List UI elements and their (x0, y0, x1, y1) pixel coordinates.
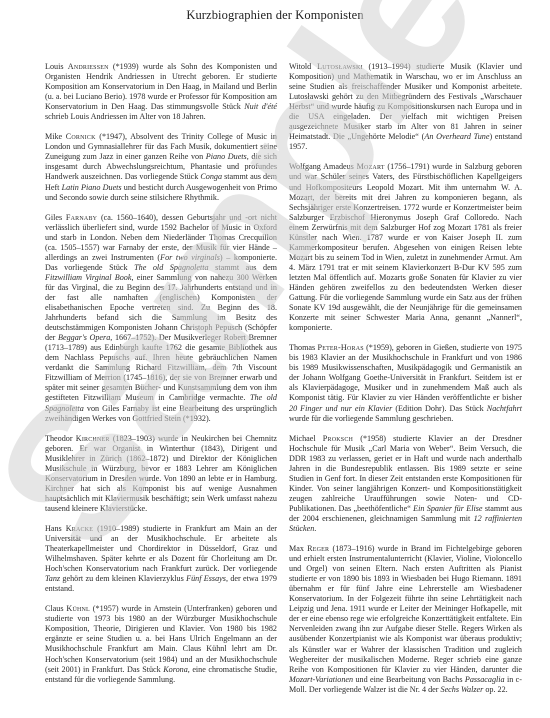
composer-surname: Reger (307, 544, 329, 553)
composer-first-name: Mike (45, 132, 66, 141)
composer-first-name: Hans (45, 524, 66, 533)
bio-text: , einer Sammlung von nahezu 300 Werken f… (45, 273, 277, 342)
bio-text: stammt aus dem (209, 263, 277, 272)
bio-mozart: Wolfgang Amadeus Mozart (1756–1791) wurd… (289, 162, 522, 333)
bio-peter-horas: Thomas Peter-Horas (*1959), geboren in G… (289, 343, 522, 423)
bio-kuehnl: Claus Kühnl (*1957) wurde in Arnstein (U… (45, 604, 277, 684)
work-title: 20 Finger und nur ein Klavier (289, 404, 392, 413)
bio-text: , 1667–1752). Der Musikverleger Robert B… (45, 333, 277, 402)
bio-text: gehört zu dem kleinen Klavierzyklus (60, 574, 186, 583)
work-title: Korona (163, 665, 188, 674)
work-title: Fitzwilliam Virginal Book (45, 273, 131, 282)
work-title: For two virginals (160, 253, 220, 262)
composer-first-name: Claus (45, 604, 66, 613)
bio-text: (*1957) wurde in Arnstein (Unterfranken)… (45, 604, 277, 673)
right-column: Witold Lutosławski (1913–1994) studierte… (289, 62, 522, 705)
work-title: The old Spagnoletta (134, 263, 208, 272)
composer-surname: Mozart (357, 162, 385, 171)
work-title: Fünf Essays (186, 574, 226, 583)
work-title: Ein Spanier für Elise (413, 504, 482, 513)
composer-surname: Proksch (323, 434, 353, 443)
composer-first-name: Thomas (289, 343, 317, 352)
work-title: An Overheard Tune (424, 132, 489, 141)
bio-text: . (314, 524, 316, 533)
composer-first-name: Giles (45, 213, 66, 222)
bio-text: wurde für die vorliegende Sammlung gesch… (289, 414, 453, 423)
bio-cornick: Mike Cornick (*1947), Absolvent des Trin… (45, 132, 277, 202)
work-title: Nuit d'été (244, 102, 277, 111)
work-title: Passacaglia (465, 675, 505, 684)
composer-surname: Cornick (66, 132, 96, 141)
bio-text: (*1958) studierte Klavier an der Dresdne… (289, 434, 522, 513)
bio-text: (1873–1916) wurde in Brand im Fichtelgeb… (289, 544, 522, 674)
bio-text: (1823–1903) wurde in Neukirchen bei Chem… (45, 434, 277, 513)
composer-first-name: Witold (289, 62, 317, 71)
composer-first-name: Louis (45, 62, 68, 71)
work-title: Beggar's Opera (58, 333, 110, 342)
bio-farnaby: Giles Farnaby (ca. 1560–1640), dessen Ge… (45, 213, 277, 424)
bio-kirchner: Theodor Kirchner (1823–1903) wurde in Ne… (45, 434, 277, 514)
composer-surname: Kracke (66, 524, 93, 533)
bio-text: (Edition Dohr). Das Stück (392, 404, 486, 413)
bio-text: (1913–1994) studierte Musik (Klavier und… (289, 62, 522, 141)
document-page: Kurzbiographien der Komponisten Louis An… (0, 0, 550, 718)
bio-text: (1756–1791) wurde in Salzburg geboren un… (289, 162, 522, 332)
composer-surname: Kirchner (76, 434, 110, 443)
work-title: Conga (200, 172, 222, 181)
composer-first-name: Michael (289, 434, 323, 443)
work-title: Latin Piano Duets (62, 183, 122, 192)
work-title: Mozart-Variationen (289, 675, 353, 684)
bio-text: op. 22. (483, 685, 507, 694)
composer-surname: Andriessen (68, 62, 109, 71)
bio-text: schrieb Louis Andriessen im Alter von 18… (45, 112, 206, 121)
bio-reger: Max Reger (1873–1916) wurde in Brand im … (289, 544, 522, 695)
bio-proksch: Michael Proksch (*1958) studierte Klavie… (289, 434, 522, 534)
work-title: Nachtfahrt (487, 404, 522, 413)
composer-surname: Farnaby (66, 213, 97, 222)
work-title: Piano Duets (206, 152, 247, 161)
composer-surname: Peter-Horas (317, 343, 363, 352)
composer-first-name: Wolfgang Amadeus (289, 162, 357, 171)
work-title: Sechs Walzer (441, 685, 484, 694)
bio-andriessen: Louis Andriessen (*1939) wurde als Sohn … (45, 62, 277, 122)
composer-first-name: Max (289, 544, 307, 553)
bio-kracke: Hans Kracke (1910–1989) studierte in Fra… (45, 524, 277, 594)
composer-surname: Lutosławski (317, 62, 363, 71)
bio-text: und eine Bearbeitung von Bachs (353, 675, 465, 684)
left-column: Louis Andriessen (*1939) wurde als Sohn … (45, 62, 277, 695)
work-title: Tanz (45, 574, 60, 583)
page-title: Kurzbiographien der Komponisten (0, 8, 550, 23)
composer-first-name: Theodor (45, 434, 76, 443)
bio-lutoslawski: Witold Lutosławski (1913–1994) studierte… (289, 62, 522, 152)
composer-surname: Kühnl (66, 604, 90, 613)
